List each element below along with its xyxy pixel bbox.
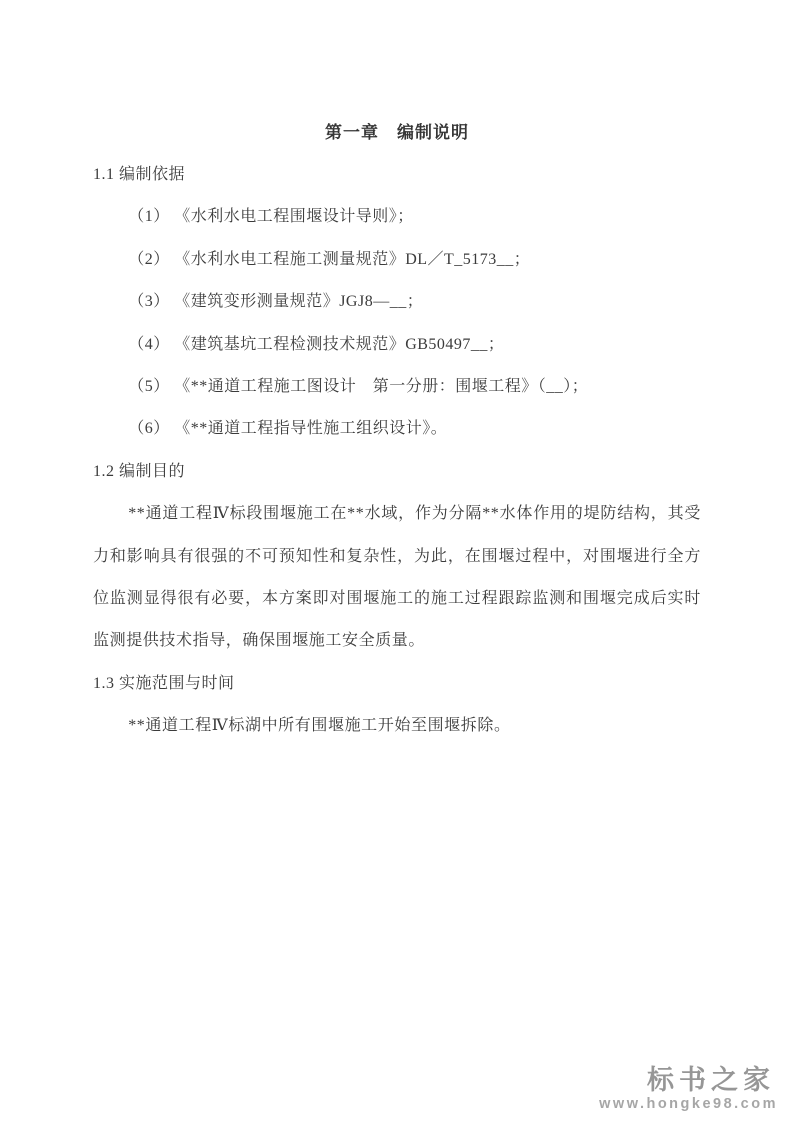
section-heading-1-3: 1.3 实施范围与时间	[93, 663, 701, 705]
reference-list-item-1: （1） 《水利水电工程围堰设计导则》；	[93, 196, 701, 238]
purpose-paragraph: **通道工程Ⅳ标段围堰施工在**水域，作为分隔**水体作用的堤防结构，其受力和影…	[93, 493, 701, 663]
section-heading-1-2: 1.2 编制目的	[93, 451, 701, 493]
document-page: 第一章 编制说明 1.1 编制依据 （1） 《水利水电工程围堰设计导则》； （2…	[0, 0, 793, 1122]
watermark-site-url: www.hongke98.com	[599, 1094, 778, 1114]
watermark: 标书之家 www.hongke98.com	[599, 1067, 778, 1114]
scope-paragraph: **通道工程Ⅳ标湖中所有围堰施工开始至围堰拆除。	[93, 705, 701, 747]
reference-list-item-2: （2） 《水利水电工程施工测量规范》DL／T_5173__；	[93, 239, 701, 281]
reference-list-item-5: （5） 《**通道工程施工图设计 第一分册：围堰工程》（__）；	[93, 366, 701, 408]
watermark-brand-logo: 标书之家	[599, 1067, 775, 1094]
chapter-title: 第一章 编制说明	[93, 112, 701, 154]
reference-list-item-3: （3） 《建筑变形测量规范》JGJ8—__；	[93, 281, 701, 323]
section-heading-1-1: 1.1 编制依据	[93, 154, 701, 196]
reference-list-item-6: （6） 《**通道工程指导性施工组织设计》。	[93, 408, 701, 450]
reference-list-item-4: （4） 《建筑基坑工程检测技术规范》GB50497__；	[93, 324, 701, 366]
